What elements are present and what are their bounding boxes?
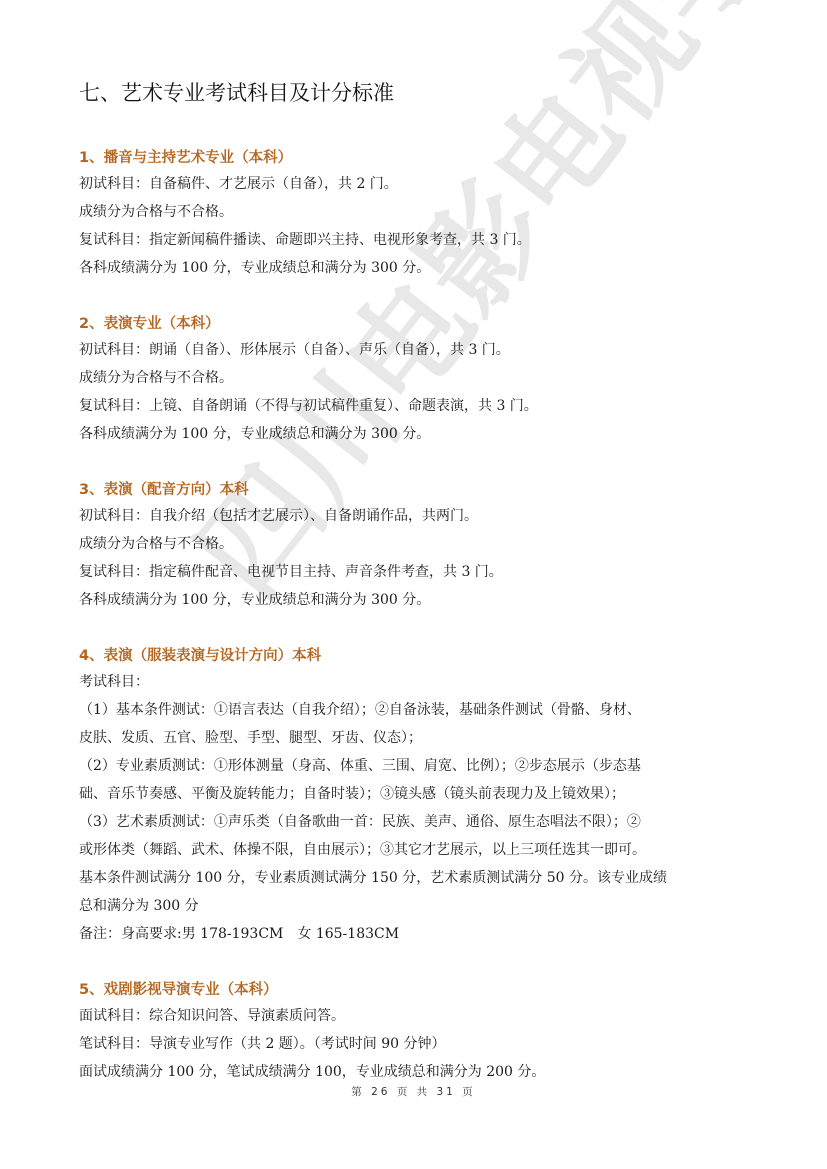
- text-line: 复试科目：指定稿件配音、电视节目主持、声音条件考查，共 3 门。: [79, 558, 779, 586]
- section-dubbing: 3、表演（配音方向）本科 初试科目：自我介绍（包括才艺展示）、自备朗诵作品，共两…: [79, 478, 779, 614]
- text-line: 成绩分为合格与不合格。: [79, 198, 779, 226]
- section-heading: 3、表演（配音方向）本科: [79, 478, 779, 502]
- text-line: （2）专业素质测试：①形体测量（身高、体重、三围、肩宽、比例）；②步态展示（步态…: [79, 752, 779, 780]
- page-content: 七、艺术专业考试科目及计分标准 1、播音与主持艺术专业（本科） 初试科目：自备稿…: [79, 78, 779, 1086]
- text-line: 成绩分为合格与不合格。: [79, 530, 779, 558]
- text-line: 面试科目：综合知识问答、导演素质问答。: [79, 1002, 779, 1030]
- text-line: （1）基本条件测试：①语言表达（自我介绍）；②自备泳装，基础条件测试（骨骼、身材…: [79, 696, 779, 724]
- text-line: 基本条件测试满分 100 分，专业素质测试满分 150 分，艺术素质测试满分 5…: [79, 864, 779, 892]
- section-heading: 5、戏剧影视导演专业（本科）: [79, 978, 779, 1002]
- page-title: 七、艺术专业考试科目及计分标准: [79, 78, 779, 108]
- text-line: 复试科目：上镜、自备朗诵（不得与初试稿件重复）、命题表演，共 3 门。: [79, 392, 779, 420]
- text-line: 复试科目：指定新闻稿件播读、命题即兴主持、电视形象考查，共 3 门。: [79, 226, 779, 254]
- text-line: 总和满分为 300 分: [79, 892, 779, 920]
- text-line: 初试科目：朗诵（自备）、形体展示（自备）、声乐（自备），共 3 门。: [79, 336, 779, 364]
- section-heading: 4、表演（服装表演与设计方向）本科: [79, 644, 779, 668]
- text-line: 面试成绩满分 100 分，笔试成绩满分 100，专业成绩总和满分为 200 分。: [79, 1058, 779, 1086]
- text-line: 初试科目：自我介绍（包括才艺展示）、自备朗诵作品，共两门。: [79, 502, 779, 530]
- text-line: 初试科目：自备稿件、才艺展示（自备），共 2 门。: [79, 170, 779, 198]
- text-line: 各科成绩满分为 100 分，专业成绩总和满分为 300 分。: [79, 254, 779, 282]
- text-line: 或形体类（舞蹈、武术、体操不限，自由展示）；③其它才艺展示，以上三项任选其一即可…: [79, 836, 779, 864]
- section-acting: 2、表演专业（本科） 初试科目：朗诵（自备）、形体展示（自备）、声乐（自备），共…: [79, 312, 779, 448]
- text-line: 皮肤、发质、五官、脸型、手型、腿型、牙齿、仪态）；: [79, 724, 779, 752]
- section-broadcasting: 1、播音与主持艺术专业（本科） 初试科目：自备稿件、才艺展示（自备），共 2 门…: [79, 146, 779, 282]
- section-fashion: 4、表演（服装表演与设计方向）本科 考试科目： （1）基本条件测试：①语言表达（…: [79, 644, 779, 948]
- page-number-footer: 第 26 页 共 31 页: [0, 1084, 827, 1099]
- section-directing: 5、戏剧影视导演专业（本科） 面试科目：综合知识问答、导演素质问答。 笔试科目：…: [79, 978, 779, 1086]
- text-line: 各科成绩满分为 100 分，专业成绩总和满分为 300 分。: [79, 420, 779, 448]
- text-line: 各科成绩满分为 100 分，专业成绩总和满分为 300 分。: [79, 586, 779, 614]
- section-heading: 2、表演专业（本科）: [79, 312, 779, 336]
- document-page: 四川电影电视学院 七、艺术专业考试科目及计分标准 1、播音与主持艺术专业（本科）…: [0, 0, 827, 1169]
- text-line: 考试科目：: [79, 668, 779, 696]
- text-line: 备注：身高要求:男 178-193CM 女 165-183CM: [79, 920, 779, 948]
- text-line: 笔试科目：导演专业写作（共 2 题）。（考试时间 90 分钟）: [79, 1030, 779, 1058]
- text-line: 成绩分为合格与不合格。: [79, 364, 779, 392]
- text-line: 础、音乐节奏感、平衡及旋转能力；自备时装）；③镜头感（镜头前表现力及上镜效果）；: [79, 780, 779, 808]
- text-line: （3）艺术素质测试：①声乐类（自备歌曲一首：民族、美声、通俗、原生态唱法不限）；…: [79, 808, 779, 836]
- section-heading: 1、播音与主持艺术专业（本科）: [79, 146, 779, 170]
